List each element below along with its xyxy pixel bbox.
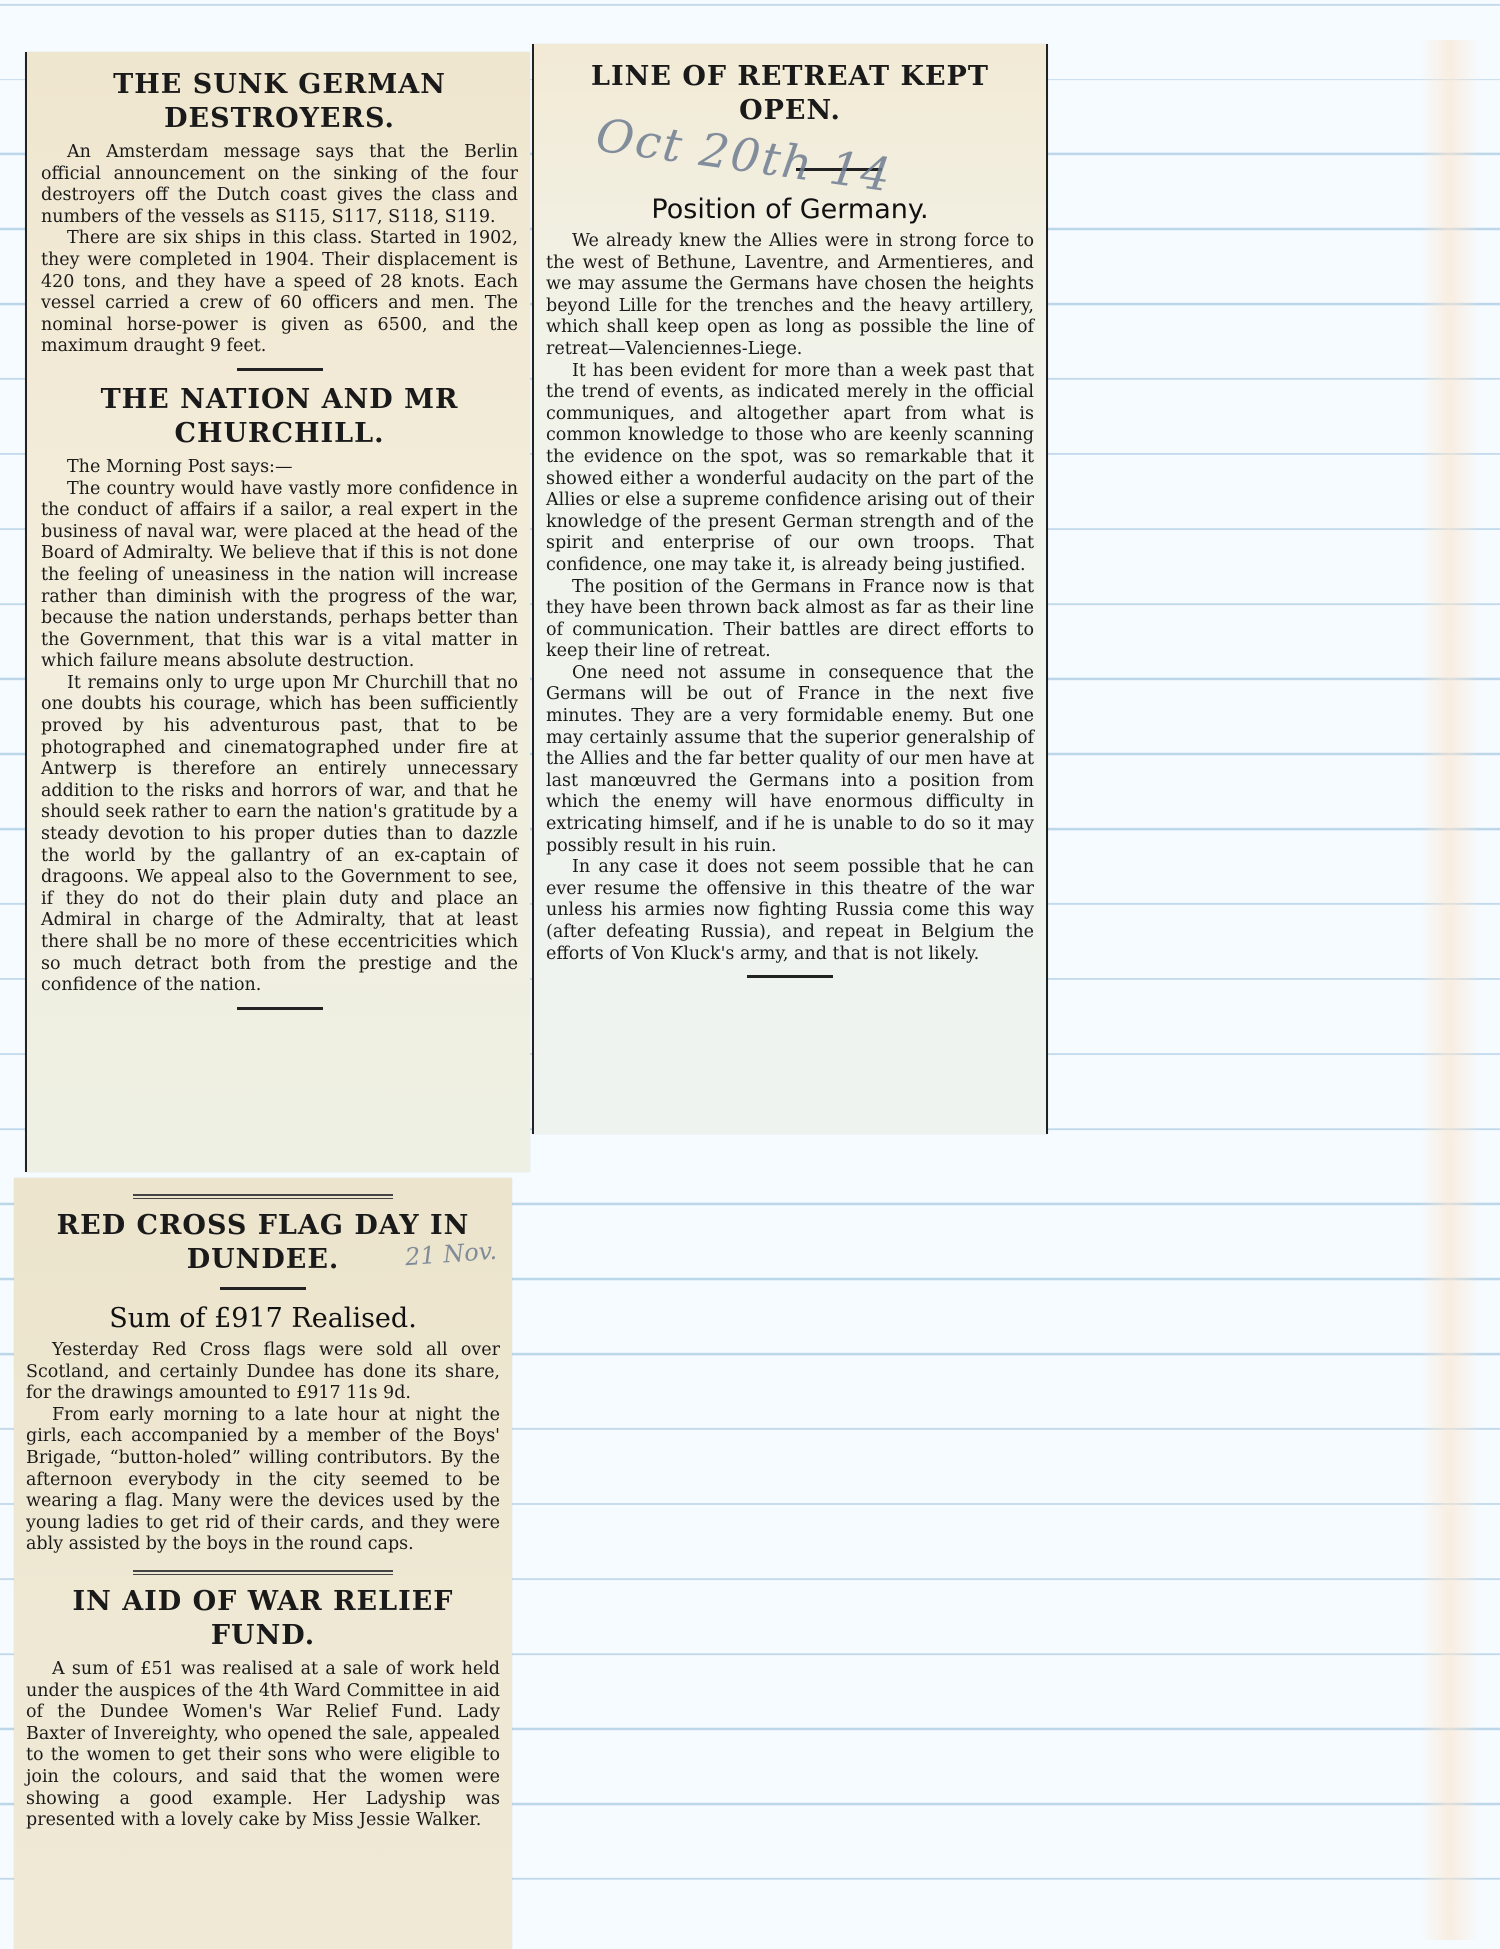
divider bbox=[133, 1570, 393, 1575]
paragraph: A sum of £51 was realised at a sale of w… bbox=[26, 1659, 500, 1832]
subhead: Position of Germany. bbox=[546, 193, 1034, 227]
headline: THE SUNK GERMAN DESTROYERS. bbox=[41, 68, 518, 136]
clipping-bottom-left: RED CROSS FLAG DAY IN DUNDEE. Sum of £91… bbox=[14, 1178, 512, 1949]
clipping-right: LINE OF RETREAT KEPT OPEN. Position of G… bbox=[532, 44, 1048, 1134]
divider bbox=[237, 1007, 323, 1010]
paper-stain bbox=[1420, 40, 1480, 1940]
intro-line: The Morning Post says:— bbox=[41, 457, 518, 479]
clipping-top-left: THE SUNK GERMAN DESTROYERS. An Amsterdam… bbox=[25, 52, 530, 1172]
divider bbox=[237, 368, 323, 371]
divider bbox=[747, 975, 833, 978]
subhead: Sum of £917 Realised. bbox=[26, 1302, 500, 1336]
paragraph: It remains only to urge upon Mr Churchil… bbox=[41, 673, 518, 997]
paragraph: In any case it does not seem possible th… bbox=[546, 857, 1034, 965]
paragraph: There are six ships in this class. Start… bbox=[41, 228, 518, 358]
paragraph: One need not assume in consequence that … bbox=[546, 663, 1034, 857]
paragraph: Yesterday Red Cross flags were sold all … bbox=[26, 1340, 500, 1405]
article-line-of-retreat: LINE OF RETREAT KEPT OPEN. Position of G… bbox=[546, 60, 1034, 965]
headline: IN AID OF WAR RELIEF FUND. bbox=[26, 1585, 500, 1653]
article-war-relief: IN AID OF WAR RELIEF FUND. A sum of £51 … bbox=[26, 1585, 500, 1832]
divider bbox=[220, 1287, 306, 1290]
paragraph: We already knew the Allies were in stron… bbox=[546, 231, 1034, 361]
article-sunk-destroyers: THE SUNK GERMAN DESTROYERS. An Amsterdam… bbox=[41, 68, 518, 358]
divider bbox=[133, 1194, 393, 1199]
paragraph: It has been evident for more than a week… bbox=[546, 361, 1034, 577]
headline: THE NATION AND MR CHURCHILL. bbox=[41, 383, 518, 451]
paragraph: The position of the Germans in France no… bbox=[546, 577, 1034, 663]
paragraph: From early morning to a late hour at nig… bbox=[26, 1405, 500, 1556]
article-nation-churchill: THE NATION AND MR CHURCHILL. The Morning… bbox=[41, 383, 518, 997]
paragraph: An Amsterdam message says that the Berli… bbox=[41, 142, 518, 228]
paragraph: The country would have vastly more confi… bbox=[41, 479, 518, 673]
